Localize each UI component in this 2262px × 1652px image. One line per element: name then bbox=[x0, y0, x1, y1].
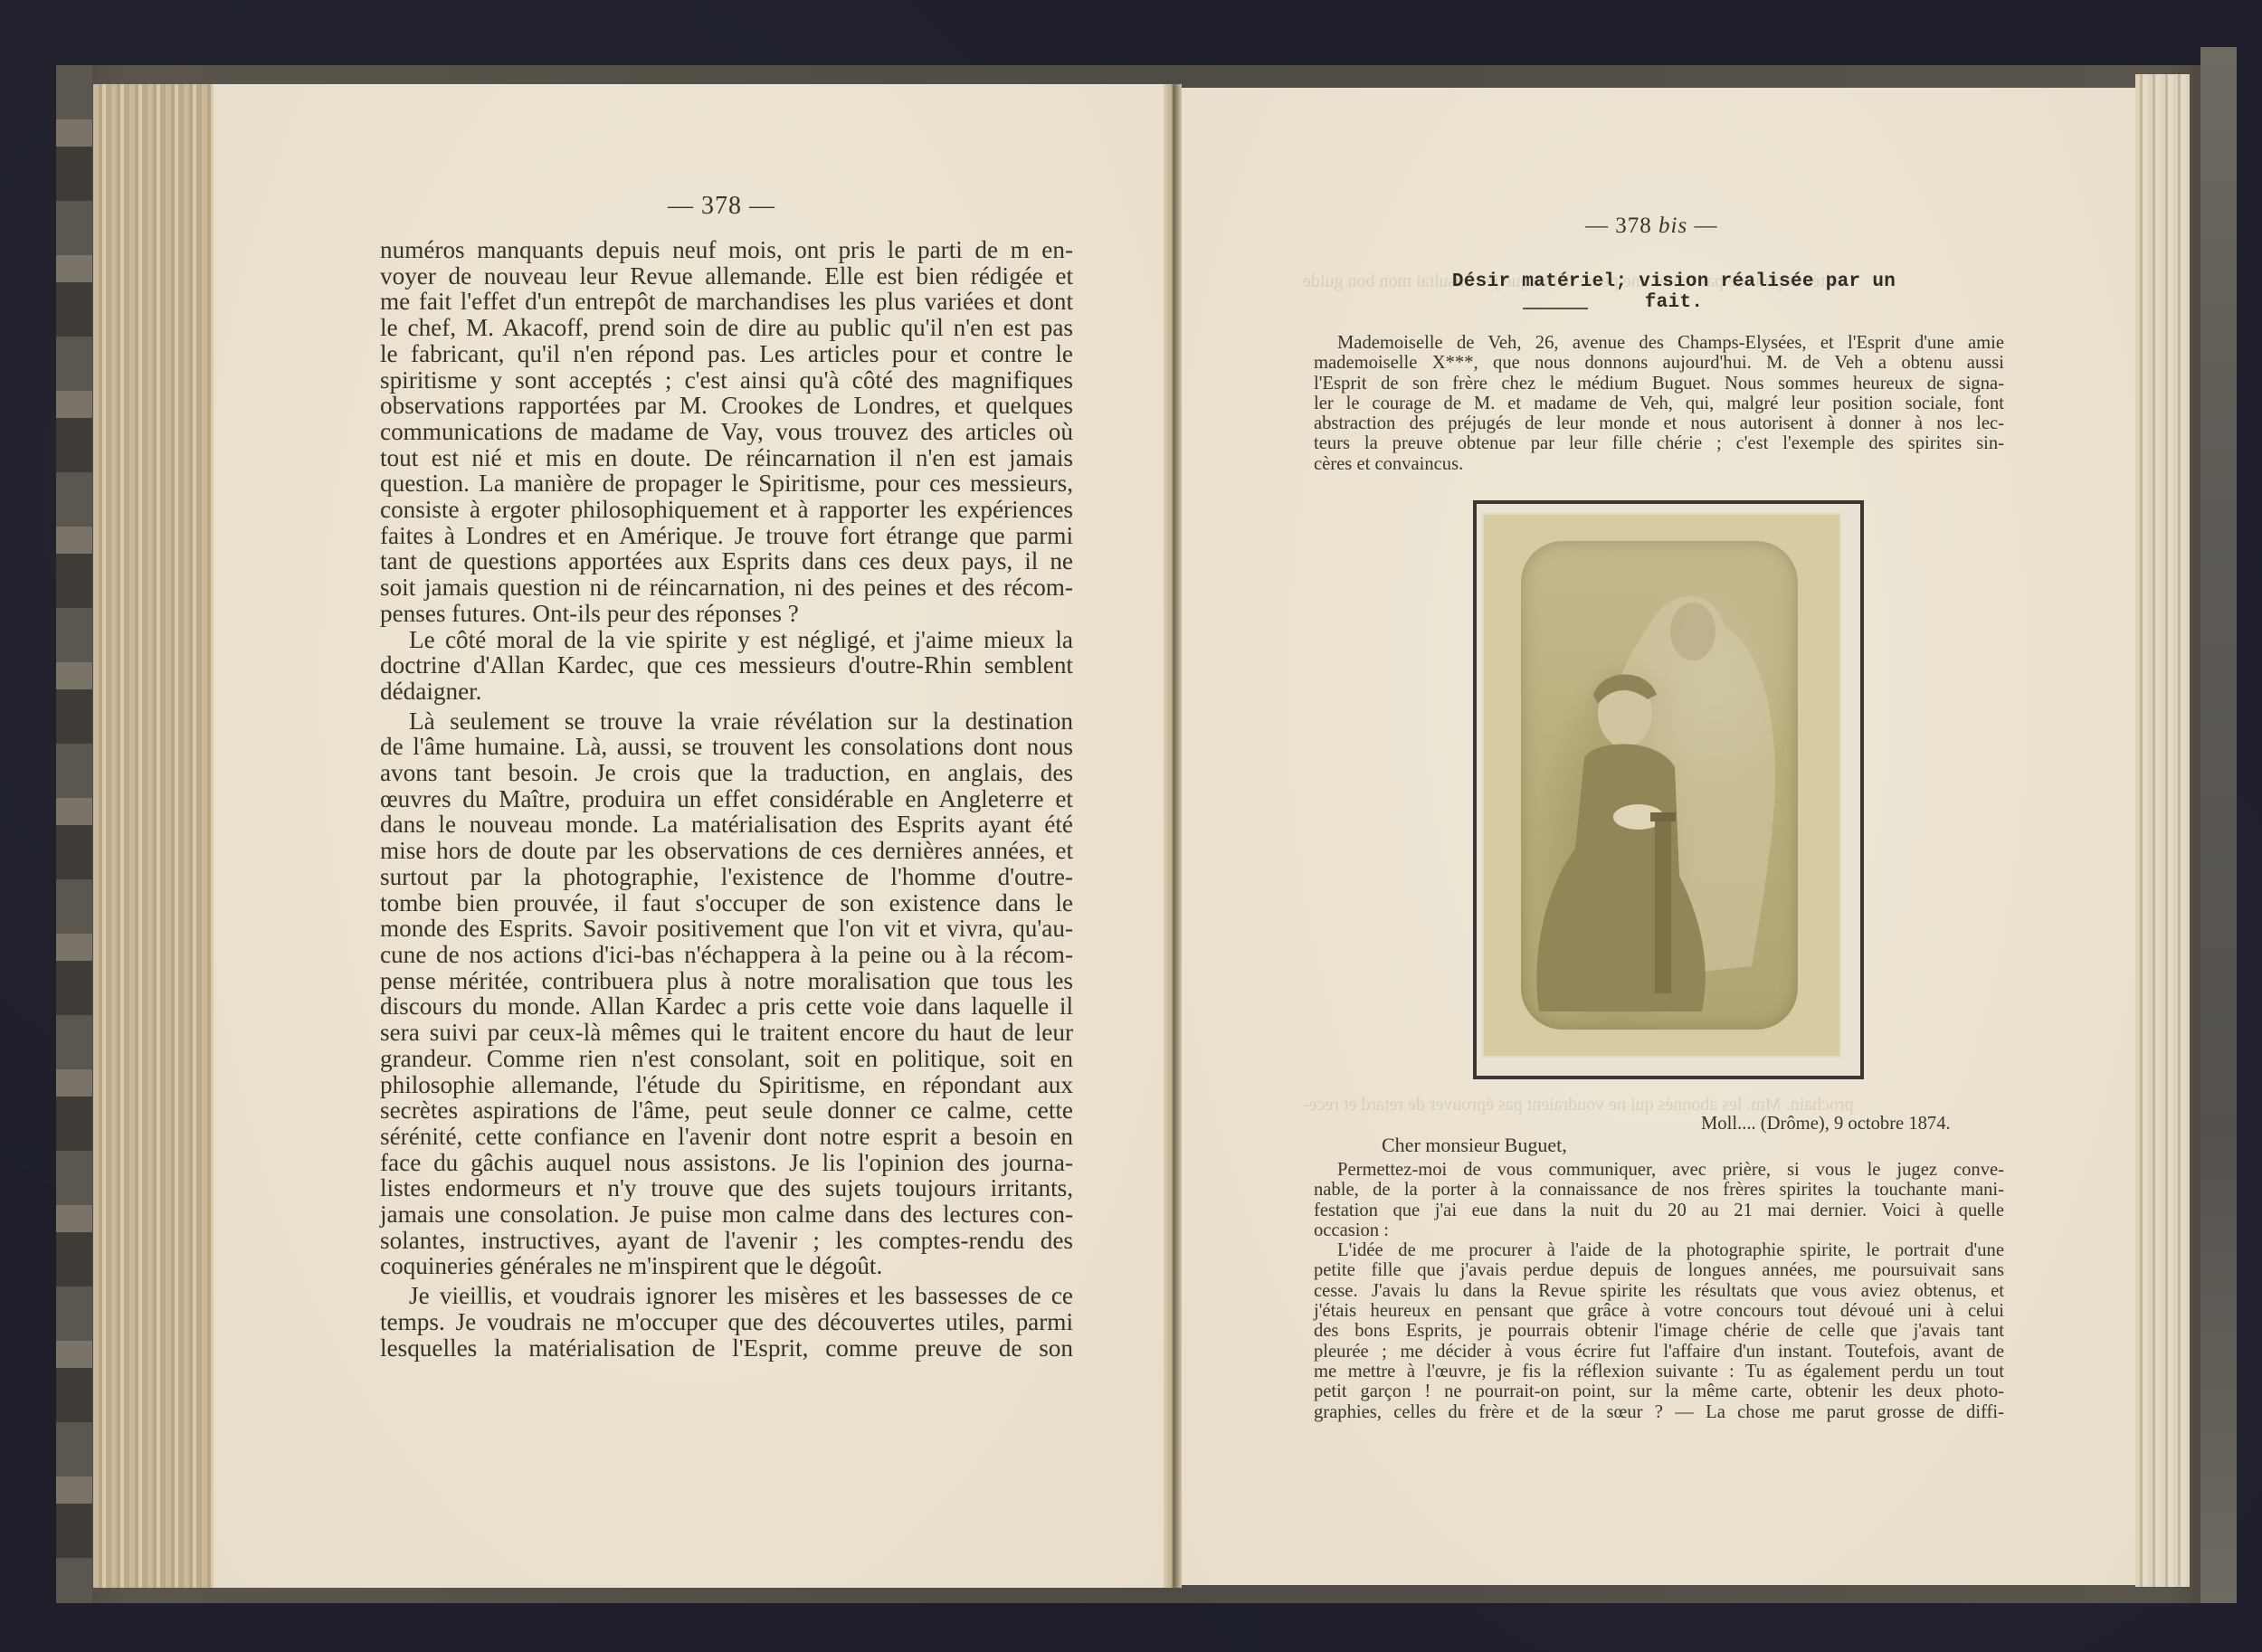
folio-prefix: — 378 bbox=[1585, 214, 1658, 238]
text-line: penses futures. Ont-ils peur des réponse… bbox=[380, 601, 1073, 627]
text-line: Je vieillis, et voudrais ignorer les mis… bbox=[380, 1283, 1073, 1309]
text-line: surtout par la photographie, l'existence… bbox=[380, 864, 1073, 890]
text-line: jamais une consolation. Je puise mon cal… bbox=[380, 1201, 1073, 1228]
right-page-number: — 378 bis — bbox=[1585, 214, 1717, 239]
text-line: j'étais heureux en pensant que grâce à v… bbox=[1314, 1301, 2004, 1321]
text-line: observations rapportées par M. Crookes d… bbox=[380, 393, 1073, 419]
text-line: monde des Esprits. Savoir positivement q… bbox=[380, 916, 1073, 942]
text-line: tout est nié et mis en doute. De réincar… bbox=[380, 445, 1073, 471]
text-line: festation que j'ai eue dans la nuit du 2… bbox=[1314, 1201, 2004, 1220]
text-line: spiritisme y sont acceptés ; c'est ainsi… bbox=[380, 367, 1073, 394]
cover-left-edge bbox=[56, 65, 92, 1603]
text-line: petite fille que j'avais perdue depuis d… bbox=[1314, 1260, 2004, 1280]
text-line: teurs la preuve obtenue par leur fille c… bbox=[1314, 433, 2004, 453]
text-line: le fabricant, qu'il n'en répond pas. Les… bbox=[380, 341, 1073, 367]
left-page-number: — 378 — bbox=[668, 192, 775, 221]
text-line: sera suivi par ceux-là mêmes qui le trai… bbox=[380, 1020, 1073, 1046]
text-line: face du gâchis auquel nous assistons. Je… bbox=[380, 1150, 1073, 1176]
text-line: cères et convaincus. bbox=[1314, 454, 2004, 474]
text-line: des bons Esprits, je pourrais obtenir l'… bbox=[1314, 1321, 2004, 1341]
text-line: secrètes aspirations de l'âme, peut seul… bbox=[380, 1097, 1073, 1124]
text-line: cune de nos actions d'ici-bas n'échapper… bbox=[380, 942, 1073, 968]
text-line: de l'âme humaine. Là, aussi, se trouvent… bbox=[380, 734, 1073, 760]
text-line: faites à Londres et en Amérique. Je trou… bbox=[380, 523, 1073, 549]
text-line: tant de questions apportées aux Esprits … bbox=[380, 548, 1073, 574]
left-page-body: numéros manquants depuis neuf mois, ont … bbox=[380, 237, 1073, 1361]
text-line: voyer de nouveau leur Revue allemande. E… bbox=[380, 263, 1073, 290]
text-line: mademoiselle X***, que nous donnons aujo… bbox=[1314, 353, 2004, 373]
text-line: ler le courage de M. et madame de Veh, q… bbox=[1314, 394, 2004, 413]
article-heading: Désir matériel; vision réalisée par un f… bbox=[1421, 271, 1927, 313]
text-line: sérénité, cette confiance en l'avenir do… bbox=[380, 1124, 1073, 1150]
text-line: philosophie allemande, l'étude du Spirit… bbox=[380, 1072, 1073, 1098]
text-line: abstraction des préjugés de leur monde e… bbox=[1314, 413, 2004, 433]
photograph-figures bbox=[1521, 541, 1798, 1030]
text-line: occasion : bbox=[1314, 1220, 2004, 1240]
text-line: dans le nouveau monde. La matérialisatio… bbox=[380, 812, 1073, 838]
spirit-photograph bbox=[1521, 541, 1798, 1030]
text-line: grandeur. Comme rien n'est consolant, so… bbox=[380, 1046, 1073, 1072]
text-line: dédaigner. bbox=[380, 679, 1073, 705]
letter-body: Permettez-moi de vous communiquer, avec … bbox=[1314, 1160, 2004, 1422]
text-line: soit jamais question ni de réincarnation… bbox=[380, 574, 1073, 601]
heading-rule bbox=[1523, 308, 1588, 309]
text-line: petit garçon ! ne pourrait-on point, sur… bbox=[1314, 1381, 2004, 1401]
text-line: mise hors de doute par les observations … bbox=[380, 838, 1073, 864]
text-line: cesse. J'avais lu dans la Revue spirite … bbox=[1314, 1281, 2004, 1301]
text-line: numéros manquants depuis neuf mois, ont … bbox=[380, 237, 1073, 263]
text-line: pense méritée, contribuera plus à notre … bbox=[380, 968, 1073, 994]
text-line: Permettez-moi de vous communiquer, avec … bbox=[1314, 1160, 2004, 1180]
text-line: Là seulement se trouve la vraie révélati… bbox=[380, 708, 1073, 735]
text-line: me mettre à l'œuvre, je fis la réflexion… bbox=[1314, 1362, 2004, 1381]
text-line: L'idée de me procurer à l'aide de la pho… bbox=[1314, 1240, 2004, 1260]
cover-right-edge bbox=[2200, 47, 2237, 1603]
page-block-left-edge bbox=[93, 84, 214, 1588]
text-line: tombe bien prouvée, il faut s'occuper de… bbox=[380, 890, 1073, 916]
text-line: l'Esprit de son frère chez le médium Bug… bbox=[1314, 374, 2004, 394]
text-line: Le côté moral de la vie spirite y est né… bbox=[380, 627, 1073, 653]
text-line: lesquelles la matérialisation de l'Espri… bbox=[380, 1335, 1073, 1362]
text-line: Mademoiselle de Veh, 26, avenue des Cham… bbox=[1314, 333, 2004, 353]
letter-salutation: Cher monsieur Buguet, bbox=[1382, 1134, 1567, 1157]
letter-dateline: Moll.... (Drôme), 9 octobre 1874. bbox=[1701, 1114, 1951, 1135]
article-intro: Mademoiselle de Veh, 26, avenue des Cham… bbox=[1314, 333, 2004, 474]
text-line: solantes, instructives, ayant de l'aveni… bbox=[380, 1228, 1073, 1254]
folio-suffix: — bbox=[1687, 214, 1717, 238]
text-line: graphies, celles du frère et de la sœur … bbox=[1314, 1402, 2004, 1422]
text-line: consiste à ergoter philosophiquement et … bbox=[380, 497, 1073, 523]
text-line: question. La manière de propager le Spir… bbox=[380, 470, 1073, 497]
text-line: listes endormeurs et n'y trouve que des … bbox=[380, 1175, 1073, 1201]
text-line: doctrine d'Allan Kardec, que ces messieu… bbox=[380, 652, 1073, 679]
text-line: me fait l'effet d'un entrepôt de marchan… bbox=[380, 289, 1073, 315]
text-line: temps. Je voudrais ne m'occuper que des … bbox=[380, 1309, 1073, 1335]
text-line: avons tant besoin. Je crois que la tradu… bbox=[380, 760, 1073, 786]
book-gutter bbox=[1164, 84, 1182, 1588]
folio-bis: bis bbox=[1658, 214, 1687, 238]
text-line: coquineries générales ne m'inspirent que… bbox=[380, 1253, 1073, 1279]
text-line: pleurée ; me décider à vous écrire fut l… bbox=[1314, 1342, 2004, 1362]
text-line: œuvres du Maître, produira un effet cons… bbox=[380, 786, 1073, 812]
text-line: communications de madame de Vay, vous tr… bbox=[380, 419, 1073, 445]
show-through-text: prochain. Mm. les abonnés qui ne voudrai… bbox=[1303, 1095, 1854, 1115]
text-line: nable, de la porter à la connaissance de… bbox=[1314, 1180, 2004, 1200]
text-line: discours du monde. Allan Kardec a pris c… bbox=[380, 993, 1073, 1020]
text-line: le chef, M. Akacoff, prend soin de dire … bbox=[380, 315, 1073, 341]
page-block-right-edge bbox=[2135, 74, 2190, 1587]
